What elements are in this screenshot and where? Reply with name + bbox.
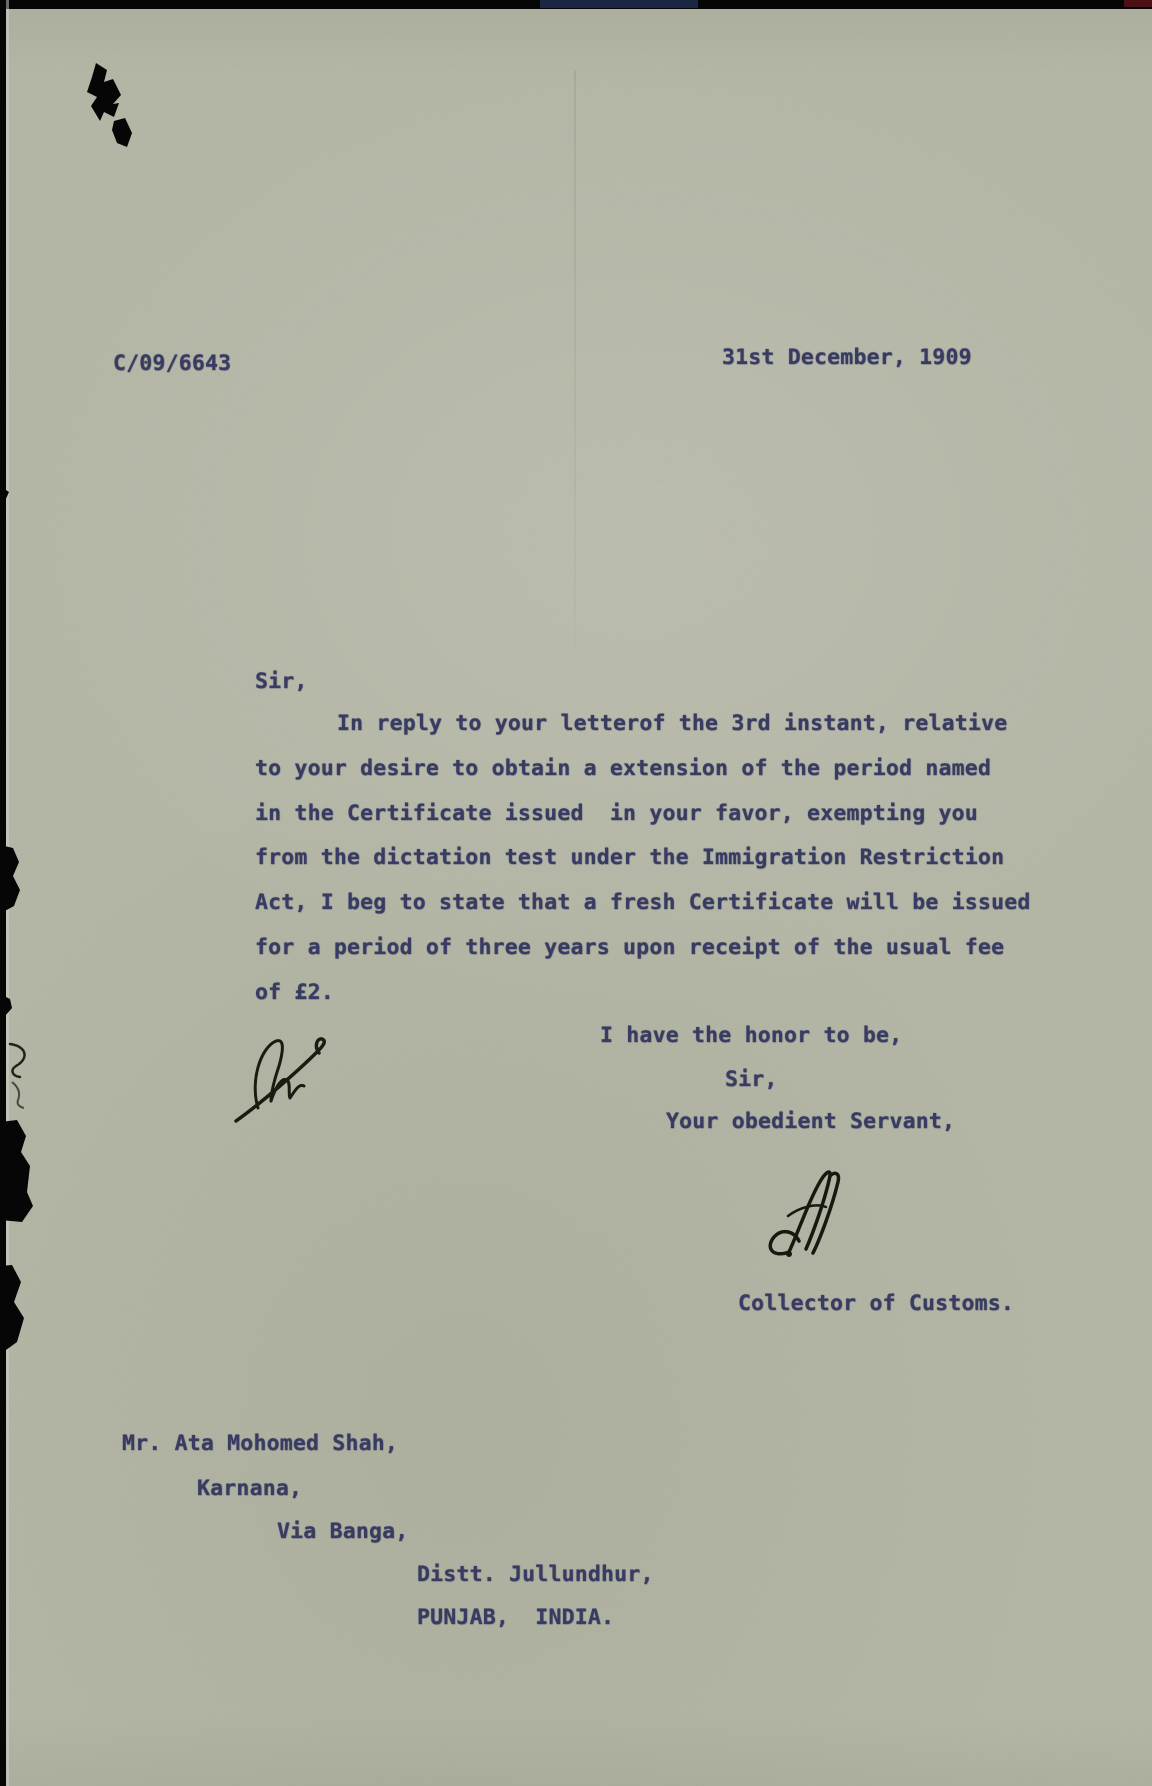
signature-ink	[0, 0, 1152, 1786]
scanned-letter-page: C/09/6643 31st December, 1909 Sir, In re…	[0, 0, 1152, 1786]
